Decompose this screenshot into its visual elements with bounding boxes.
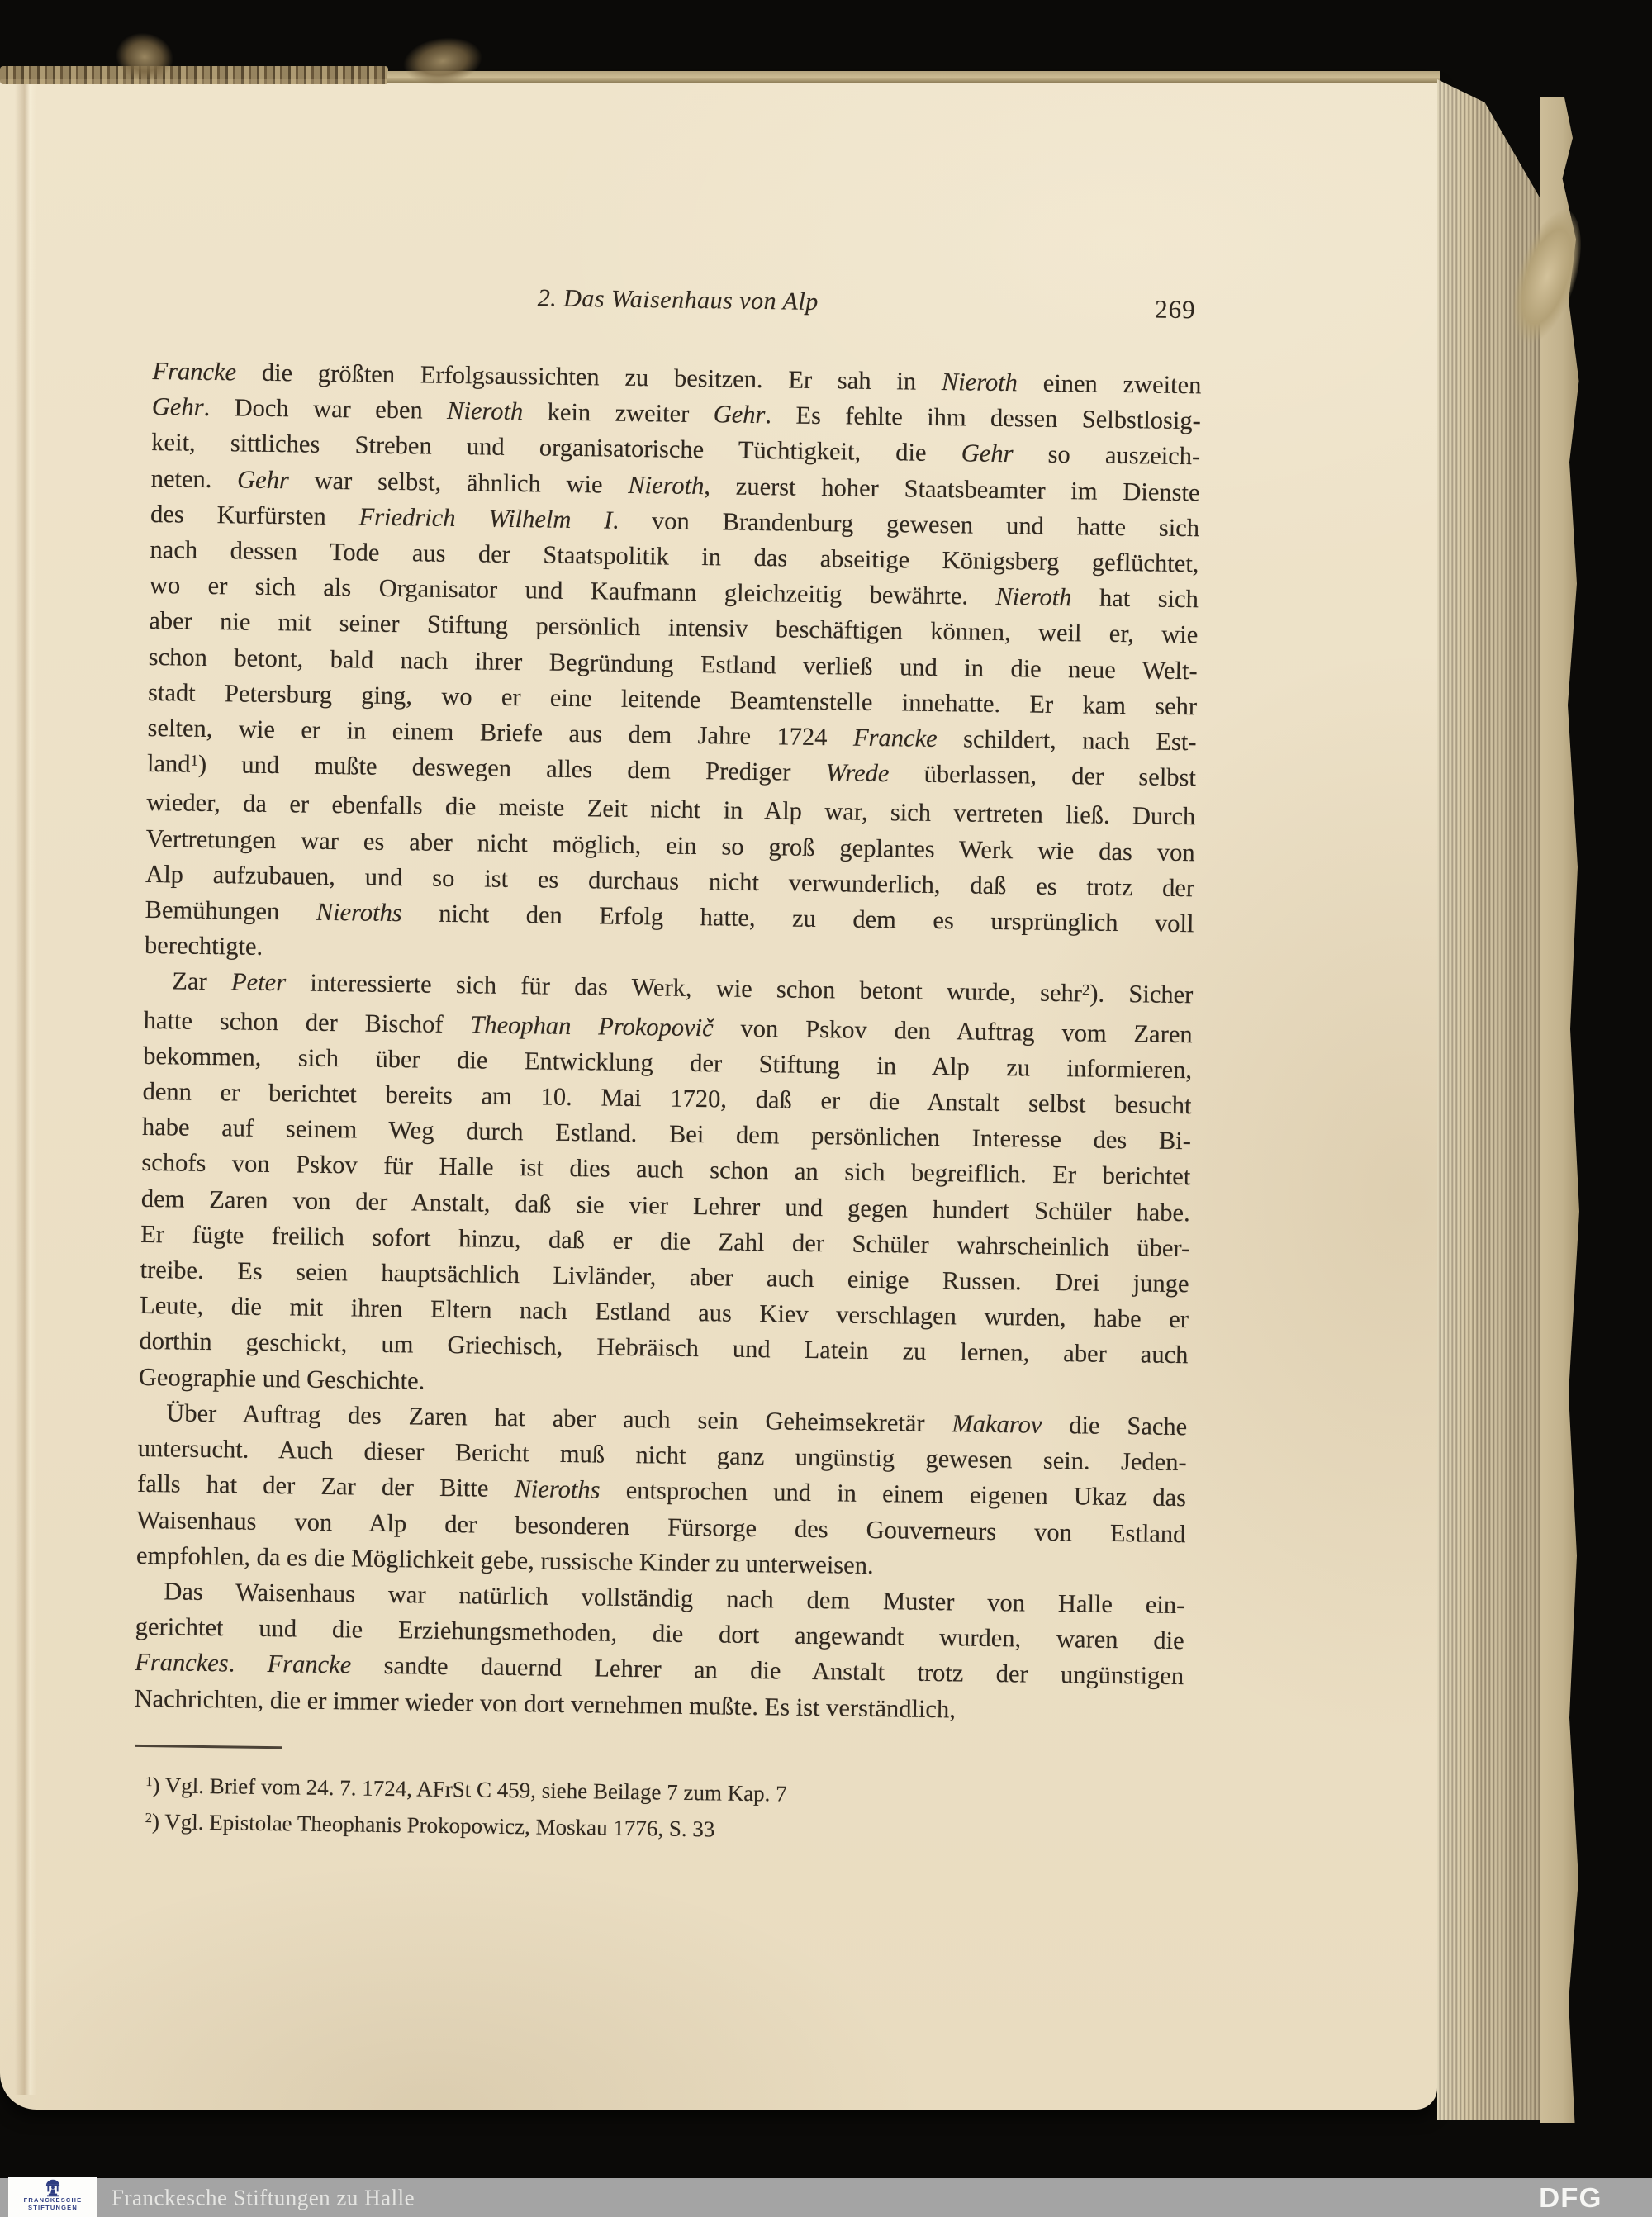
book-top-edge xyxy=(387,71,1440,83)
book-fore-edge-pages xyxy=(1437,79,1543,2120)
institution-logo: FRANCKESCHE STIFTUNGEN xyxy=(8,2177,97,2217)
book-cover-edge xyxy=(1540,97,1581,2123)
page-number: 269 xyxy=(1155,295,1196,325)
institution-label: Franckesche Stiftungen zu Halle xyxy=(112,2185,415,2210)
paragraph: Francke die größten Erfolgsaussichten zu… xyxy=(145,354,1202,978)
binding-fray-texture xyxy=(0,66,388,84)
francke-monument-icon xyxy=(44,2179,62,2197)
page-content: 2. Das Waisenhaus von Alp 269 Francke di… xyxy=(132,279,1203,1855)
paragraph: Zar Peter interessierte sich für das Wer… xyxy=(139,963,1194,1409)
footer-bar: FRANCKESCHE STIFTUNGEN Franckesche Stift… xyxy=(0,2178,1652,2217)
page-gutter-crease xyxy=(15,79,36,2095)
scan-viewer: { "colors":{ "bg":"#0b0a08", "paper":"#e… xyxy=(0,0,1652,2217)
body-text: Francke die größten Erfolgsaussichten zu… xyxy=(134,354,1201,1730)
logo-caption-line2: STIFTUNGEN xyxy=(28,2205,78,2212)
footnotes: 1) Vgl. Brief vom 24. 7. 1724, AFrSt C 4… xyxy=(132,1768,1182,1855)
dfg-logo: DFG xyxy=(1540,2182,1602,2214)
paragraph: Das Waisenhaus war natürlich vollständig… xyxy=(134,1574,1184,1730)
paragraph: Über Auftrag des Zaren hat aber auch sei… xyxy=(136,1395,1188,1588)
footnote-separator xyxy=(135,1745,282,1749)
